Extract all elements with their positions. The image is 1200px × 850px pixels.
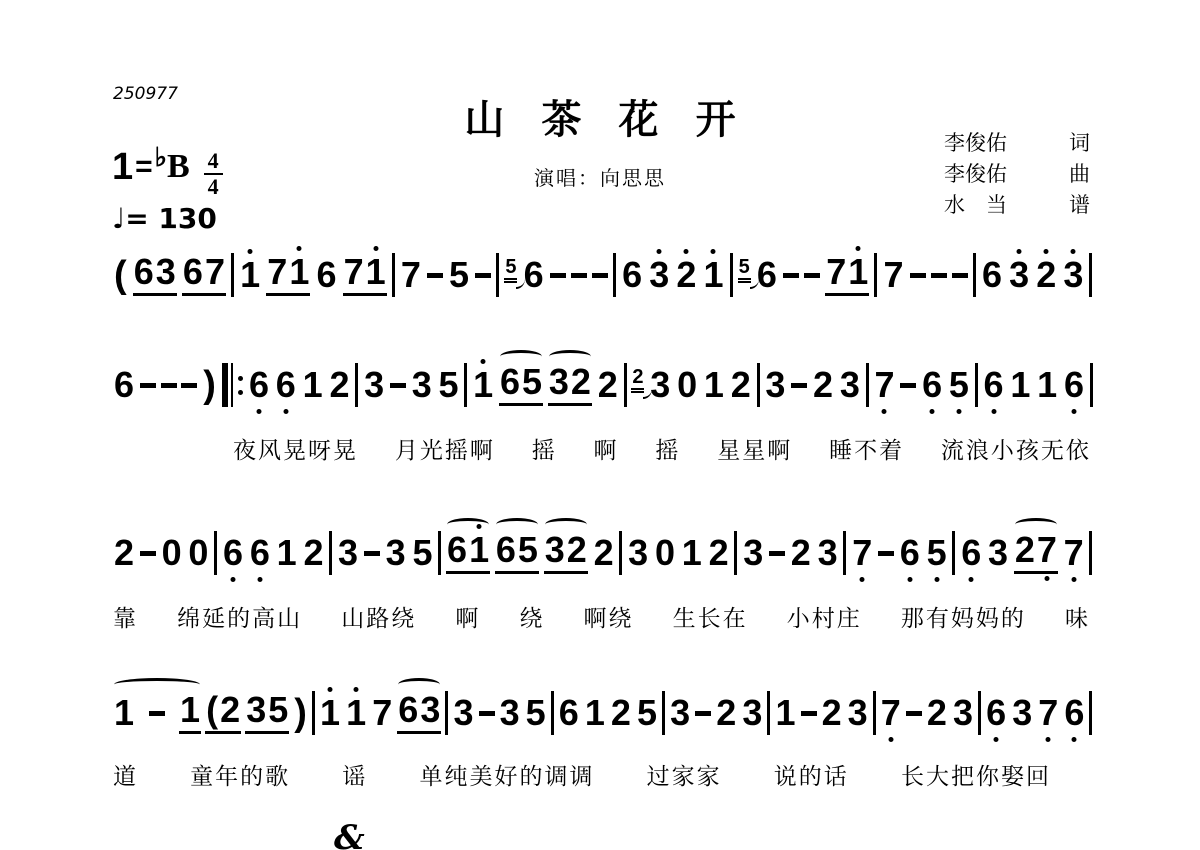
barline bbox=[1089, 531, 1092, 575]
note: 0 bbox=[187, 535, 209, 571]
note: 63 bbox=[397, 692, 441, 734]
barline bbox=[329, 531, 332, 575]
key-tempo-block: 1 = ♭ B 4 4 ♩= 130 bbox=[112, 148, 223, 235]
note: 3 bbox=[764, 367, 786, 403]
credits-block: 李俊佑 词 李俊佑 曲 水 当 谱 bbox=[944, 128, 1090, 221]
dash-note bbox=[149, 711, 165, 716]
note: 27 bbox=[1014, 532, 1058, 574]
note: 3 bbox=[499, 695, 521, 731]
note: 71 bbox=[266, 254, 310, 296]
note: 1 bbox=[1036, 367, 1058, 403]
dash-note bbox=[791, 383, 807, 388]
note: 3 bbox=[1011, 695, 1033, 731]
sheet-music-page: 250977 山 茶 花 开 演唱：向思思 李俊佑 词 李俊佑 曲 水 当 谱 … bbox=[0, 0, 1200, 850]
music-line-2: 6)6612335165322230123237656116 bbox=[113, 360, 1093, 410]
slur-arc bbox=[398, 678, 440, 691]
note: 0 bbox=[161, 535, 183, 571]
lyric-word: 味 bbox=[1065, 600, 1090, 633]
note: 3 bbox=[649, 367, 671, 403]
music-line-3: 20066123356165322301232376563277 bbox=[113, 528, 1093, 578]
slur-arc bbox=[545, 518, 587, 531]
lyricist-role: 词 bbox=[1069, 128, 1090, 159]
transcriber-name: 水 当 bbox=[944, 190, 1007, 221]
barline bbox=[978, 691, 981, 735]
note: 6 bbox=[621, 257, 643, 293]
lyric-word: 过家家 bbox=[647, 758, 722, 791]
lyric-word: 长大把你娶回 bbox=[901, 758, 1051, 791]
barline bbox=[619, 531, 622, 575]
barline bbox=[624, 363, 627, 407]
note: 7 bbox=[1037, 695, 1059, 731]
note: 5 bbox=[411, 535, 433, 571]
note: 3 bbox=[363, 367, 385, 403]
note: 6 bbox=[1063, 695, 1085, 731]
dash-note bbox=[181, 383, 197, 388]
note: 6 bbox=[222, 535, 244, 571]
lyric-word: 道 bbox=[113, 758, 138, 791]
note: 7 bbox=[882, 257, 904, 293]
tempo-marking: ♩= 130 bbox=[112, 202, 223, 235]
note: 3 bbox=[741, 695, 763, 731]
note: 0 bbox=[676, 367, 698, 403]
barline bbox=[496, 253, 499, 297]
lyric-word: 月光摇啊 bbox=[395, 432, 495, 465]
paren-mark: ) bbox=[202, 366, 217, 404]
lyric-word: 啊绕 bbox=[584, 600, 634, 633]
note: 7 bbox=[400, 257, 422, 293]
note: 32 bbox=[544, 532, 588, 574]
lyric-word: 啊 bbox=[455, 600, 480, 633]
grace-note: 2 bbox=[631, 367, 644, 390]
key-tonic: 1 bbox=[112, 148, 133, 186]
credit-row-transcriber: 水 当 谱 bbox=[944, 190, 1090, 221]
barline bbox=[873, 691, 876, 735]
note: 1 bbox=[239, 257, 261, 293]
dash-note bbox=[592, 273, 608, 278]
note: 3 bbox=[627, 535, 649, 571]
repeat-start-barline bbox=[222, 363, 244, 407]
note: 3 bbox=[847, 695, 869, 731]
music-line-4: 11(235)1176333561253231237236376 bbox=[113, 688, 1093, 738]
note: 3 bbox=[411, 367, 433, 403]
note: 3 bbox=[1062, 257, 1084, 293]
note: 67 bbox=[182, 254, 226, 296]
dash-note bbox=[952, 273, 968, 278]
lyric-word: 夜风晃呀晃 bbox=[233, 432, 358, 465]
note: 7 bbox=[873, 367, 895, 403]
barline bbox=[551, 691, 554, 735]
key-letter: B bbox=[167, 148, 190, 185]
dash-note bbox=[910, 273, 926, 278]
barline bbox=[843, 531, 846, 575]
dash-note bbox=[571, 273, 587, 278]
note: 6 bbox=[899, 535, 921, 571]
note: 6 bbox=[275, 367, 297, 403]
note: 6 bbox=[985, 695, 1007, 731]
barline bbox=[730, 253, 733, 297]
barline bbox=[734, 531, 737, 575]
note: 6 bbox=[248, 367, 270, 403]
note: 2 bbox=[328, 367, 350, 403]
note: 71 bbox=[825, 254, 869, 296]
dash-note bbox=[475, 273, 491, 278]
barline bbox=[214, 531, 217, 575]
note: 3 bbox=[337, 535, 359, 571]
dash-note bbox=[931, 273, 947, 278]
note: 2 bbox=[821, 695, 843, 731]
lyrics-line-2: 靠绵延的高山山路绕啊绕啊绕生长在小村庄那有妈妈的味 bbox=[113, 600, 1090, 633]
note: 35 bbox=[245, 692, 289, 734]
note: 5 bbox=[525, 695, 547, 731]
note: 7 bbox=[880, 695, 902, 731]
note: 65 bbox=[495, 532, 539, 574]
lyric-word: 啊 bbox=[594, 432, 619, 465]
time-signature: 4 4 bbox=[204, 150, 223, 198]
time-denominator: 4 bbox=[204, 175, 223, 198]
music-line-1: (636717167175566321567176323 bbox=[113, 250, 1093, 300]
slur-arc bbox=[496, 518, 538, 531]
flat-icon: ♭ bbox=[155, 144, 167, 170]
dash-note bbox=[550, 273, 566, 278]
note: 1 bbox=[302, 367, 324, 403]
dash-note bbox=[427, 273, 443, 278]
dash-note bbox=[479, 711, 495, 716]
dash-note bbox=[783, 273, 799, 278]
key-equals: = bbox=[135, 148, 153, 186]
barline bbox=[767, 691, 770, 735]
barline bbox=[1089, 691, 1092, 735]
lyric-word: 谣 bbox=[342, 758, 367, 791]
lyric-word: 绵延的高山 bbox=[177, 600, 302, 633]
note: 2 bbox=[926, 695, 948, 731]
note: 2 bbox=[730, 367, 752, 403]
note: 5 bbox=[948, 367, 970, 403]
paren-mark: ) bbox=[293, 694, 308, 732]
barline bbox=[231, 253, 234, 297]
note: 2 bbox=[610, 695, 632, 731]
note: 6 bbox=[523, 257, 545, 293]
note: 3 bbox=[452, 695, 474, 731]
note: 5 bbox=[448, 257, 470, 293]
barline bbox=[355, 363, 358, 407]
dash-note bbox=[364, 551, 380, 556]
dash-note bbox=[804, 273, 820, 278]
note: 5 bbox=[926, 535, 948, 571]
note: 1 bbox=[681, 535, 703, 571]
time-numerator: 4 bbox=[204, 150, 223, 175]
lyric-word: 那有妈妈的 bbox=[901, 600, 1026, 633]
note: 1 bbox=[113, 695, 135, 731]
barline bbox=[392, 253, 395, 297]
note: 2 bbox=[715, 695, 737, 731]
note: 2 bbox=[675, 257, 697, 293]
lyric-word: 摇 bbox=[532, 432, 557, 465]
note: 32 bbox=[548, 364, 592, 406]
composer-name: 李俊佑 bbox=[944, 159, 1007, 190]
dash-note bbox=[801, 711, 817, 716]
barline bbox=[975, 363, 978, 407]
note: 1 bbox=[703, 367, 725, 403]
note: 6 bbox=[921, 367, 943, 403]
dash-note bbox=[695, 711, 711, 716]
lyric-word: 摇 bbox=[655, 432, 680, 465]
note: 1 bbox=[472, 367, 494, 403]
credit-row-composer: 李俊佑 曲 bbox=[944, 159, 1090, 190]
grace-note: 5 bbox=[504, 257, 517, 280]
lyric-word: 流浪小孩无依 bbox=[941, 432, 1091, 465]
lyric-word: 小村庄 bbox=[787, 600, 862, 633]
lyric-word: 童年的歌 bbox=[190, 758, 290, 791]
key-signature: 1 = ♭ B 4 4 bbox=[112, 148, 223, 198]
note: 3 bbox=[952, 695, 974, 731]
note: 1 bbox=[276, 535, 298, 571]
note: 7 bbox=[1063, 535, 1085, 571]
note: 1 bbox=[1009, 367, 1031, 403]
note: 3 bbox=[648, 257, 670, 293]
note: 6 bbox=[1063, 367, 1085, 403]
lyric-word: 睡不着 bbox=[829, 432, 904, 465]
note: 7 bbox=[371, 695, 393, 731]
note: 3 bbox=[742, 535, 764, 571]
note: 5 bbox=[636, 695, 658, 731]
note: 3 bbox=[987, 535, 1009, 571]
dash-note bbox=[878, 551, 894, 556]
note: 2 bbox=[597, 367, 619, 403]
slur-group: 11 bbox=[113, 692, 201, 734]
note: 2 bbox=[708, 535, 730, 571]
note: 2 bbox=[1035, 257, 1057, 293]
lyric-word: 生长在 bbox=[673, 600, 748, 633]
note: 7 bbox=[851, 535, 873, 571]
note: 6 bbox=[113, 367, 135, 403]
note: 6 bbox=[960, 535, 982, 571]
note: 6 bbox=[983, 367, 1005, 403]
note: 1 bbox=[345, 695, 367, 731]
transcriber-role: 谱 bbox=[1069, 190, 1090, 221]
note: 6 bbox=[981, 257, 1003, 293]
note: 6 bbox=[249, 535, 271, 571]
dash-note bbox=[900, 383, 916, 388]
barline bbox=[1090, 363, 1093, 407]
grace-note: 5 bbox=[738, 257, 751, 280]
note: 3 bbox=[817, 535, 839, 571]
dash-note bbox=[140, 551, 156, 556]
note: 3 bbox=[669, 695, 691, 731]
note: 3 bbox=[385, 535, 407, 571]
note: 5 bbox=[438, 367, 460, 403]
slur-arc bbox=[500, 350, 542, 363]
note: 2 bbox=[812, 367, 834, 403]
note: 3 bbox=[1008, 257, 1030, 293]
dash-note bbox=[769, 551, 785, 556]
lyric-word: 单纯美好的调调 bbox=[419, 758, 594, 791]
note: 1 bbox=[319, 695, 341, 731]
note: 61 bbox=[446, 532, 490, 574]
paren-mark: ( bbox=[113, 256, 128, 294]
barline bbox=[757, 363, 760, 407]
dash-note bbox=[906, 711, 922, 716]
note: 1 bbox=[702, 257, 724, 293]
note: 3 bbox=[839, 367, 861, 403]
barline bbox=[973, 253, 976, 297]
barline bbox=[464, 363, 467, 407]
credit-row-lyricist: 李俊佑 词 bbox=[944, 128, 1090, 159]
barline bbox=[662, 691, 665, 735]
note: 63 bbox=[133, 254, 177, 296]
note: 71 bbox=[343, 254, 387, 296]
lyrics-line-3: 道童年的歌谣单纯美好的调调过家家说的话长大把你娶回 bbox=[113, 758, 1051, 791]
lyric-word: 绕 bbox=[519, 600, 544, 633]
slur-arc bbox=[549, 350, 591, 363]
note: 0 bbox=[654, 535, 676, 571]
note: 1 bbox=[584, 695, 606, 731]
note: 6 bbox=[558, 695, 580, 731]
segno-icon: & bbox=[334, 818, 365, 850]
dash-note bbox=[140, 383, 156, 388]
note: 6 bbox=[756, 257, 778, 293]
barline bbox=[1089, 253, 1092, 297]
lyricist-name: 李俊佑 bbox=[944, 128, 1007, 159]
barline bbox=[952, 531, 955, 575]
barline bbox=[312, 691, 315, 735]
dash-note bbox=[390, 383, 406, 388]
note: 2 bbox=[593, 535, 615, 571]
lyric-word: 山路绕 bbox=[341, 600, 416, 633]
lyric-word: 星星啊 bbox=[717, 432, 792, 465]
note: 1 bbox=[179, 692, 201, 734]
lyric-word: 靠 bbox=[113, 600, 138, 633]
note: 2 bbox=[790, 535, 812, 571]
slur-arc bbox=[447, 518, 489, 531]
slur-arc bbox=[114, 678, 200, 691]
barline bbox=[445, 691, 448, 735]
slur-arc bbox=[1015, 518, 1057, 531]
note: 1 bbox=[774, 695, 796, 731]
barline bbox=[613, 253, 616, 297]
barline bbox=[874, 253, 877, 297]
note: 65 bbox=[499, 364, 543, 406]
composer-role: 曲 bbox=[1069, 159, 1090, 190]
note: 2 bbox=[302, 535, 324, 571]
note: 2 bbox=[113, 535, 135, 571]
note: (2 bbox=[205, 692, 241, 734]
lyric-word: 说的话 bbox=[774, 758, 849, 791]
barline bbox=[438, 531, 441, 575]
note: 6 bbox=[315, 257, 337, 293]
dash-note bbox=[161, 383, 177, 388]
barline bbox=[866, 363, 869, 407]
lyrics-line-1: 夜风晃呀晃月光摇啊摇啊摇星星啊睡不着流浪小孩无依 bbox=[233, 432, 1091, 465]
